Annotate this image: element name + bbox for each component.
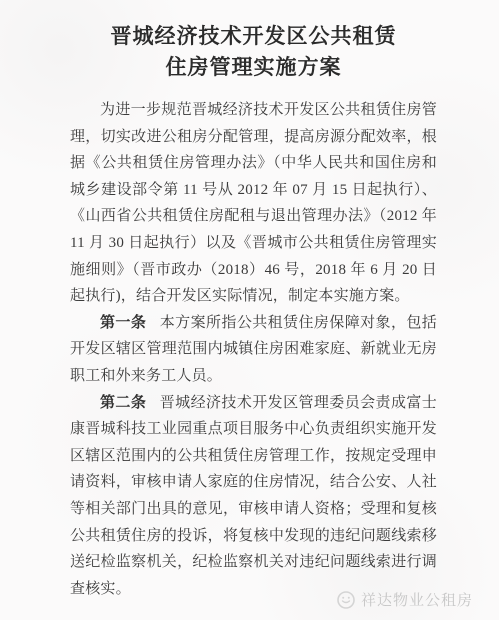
round-mascot-stamp-icon <box>336 590 356 610</box>
paragraph-intro-text: 为进一步规范晋城经济技术开发区公共租赁住房管理，切实改进公租房分配管理，提高房源… <box>70 102 437 304</box>
article-2-label: 第二条 <box>100 395 146 411</box>
article-1-label: 第一条 <box>100 315 146 331</box>
article-2-text: 晋城经济技术开发区管理委员会责成富士康晋城科技工业园重点项目服务中心负责组织实施… <box>70 395 437 597</box>
watermark-label: 祥达物业公租房 <box>361 589 473 610</box>
document-title-line2: 住房管理实施方案 <box>166 55 342 79</box>
document-title: 晋城经济技术开发区公共租赁 住房管理实施方案 <box>70 21 437 83</box>
paragraph-intro: 为进一步规范晋城经济技术开发区公共租赁住房管理，切实改进公租房分配管理，提高房源… <box>70 97 437 310</box>
paragraph-article-1: 第一条本方案所指公共租赁住房保障对象，包括开发区辖区管理范围内城镇住房困难家庭、… <box>70 310 437 390</box>
paragraph-article-2: 第二条晋城经济技术开发区管理委员会责成富士康晋城科技工业园重点项目服务中心负责组… <box>70 390 437 603</box>
document-title-line1: 晋城经济技术开发区公共租赁 <box>111 24 397 48</box>
document-body: 为进一步规范晋城经济技术开发区公共租赁住房管理，切实改进公租房分配管理，提高房源… <box>70 97 437 602</box>
scanned-document-page: 晋城经济技术开发区公共租赁 住房管理实施方案 为进一步规范晋城经济技术开发区公共… <box>0 0 499 620</box>
watermark: 祥达物业公租房 <box>336 589 473 610</box>
